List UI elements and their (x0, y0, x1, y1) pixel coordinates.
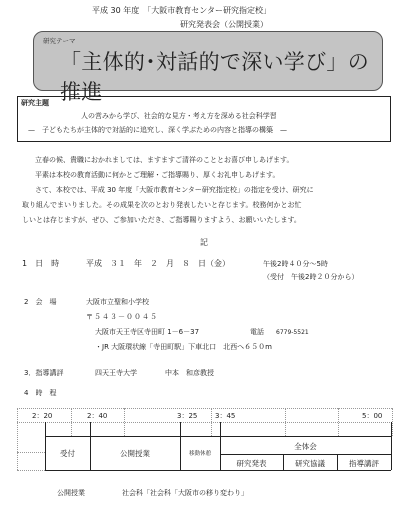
lecturer-label: 3．指導講評 (24, 369, 63, 378)
schedule-table: 2：20 2：40 3：25 3：45 5：00 受付 公開授業 移動休憩 全体… (17, 408, 392, 470)
time-5-00: 5：00 (362, 411, 382, 421)
greeting-line-1: 立春の候、貴職におかれましては、ますますご清祥のこととお喜び申しあげます。 (35, 156, 293, 165)
time-2-40: 2：40 (87, 411, 107, 421)
plenary-presentation: 研究発表 (220, 458, 283, 469)
date-label: 1 日 時 (22, 259, 59, 269)
time-3-25: 3：25 (177, 411, 197, 421)
plenary-discussion: 研究協議 (283, 458, 337, 469)
venue-label: 2 会 場 (24, 298, 56, 307)
venue-postal: 〒５４３－００４５ (86, 313, 158, 322)
venue-address: 大阪市天王寺区寺田町 1－6－37 (95, 328, 199, 337)
date-reception: （受付 午後2時２０分から） (263, 273, 358, 282)
schedule-label: 4 時 程 (24, 389, 56, 398)
footer-value: 社会科「社会科「大阪市の移り変わり」 (122, 489, 248, 498)
research-theme-box: 研究テーマ 「主体的･対話的で深い学び」の推進 (33, 31, 383, 91)
footer-label: 公開授業 (57, 489, 85, 498)
date-time: 午後2時４０分～5時 (263, 260, 328, 269)
subject-line-1: 人の営みから学び、社会的な見方・考え方を深める社会科学習 (81, 112, 277, 121)
header-line-1: 平成 30 年度 「大阪市教育センター研究指定校」 (92, 6, 271, 16)
subject-line-2: — 子どもたちが主体的で対話的に追究し、深く学ぶための内容と指導の構築 — (28, 126, 287, 135)
greeting-line-3: さて、本校では、平成 30 年度「大阪市教育センター研究指定校」の指定を受け、研… (35, 186, 314, 195)
plenary-review: 指導講評 (337, 458, 391, 469)
research-subject-box: 研究主題 人の営みから学び、社会的な見方・考え方を深める社会科学習 — 子どもた… (17, 96, 391, 142)
venue-phone-label: 電話 (250, 328, 264, 337)
lecturer-university: 四天王寺大学 (95, 369, 137, 378)
subject-label: 研究主題 (21, 99, 49, 108)
venue-access: ・JR 大阪環状線「寺田町駅」下車北口 北西へ６５０m (95, 343, 272, 352)
venue-phone: 6779-5521 (276, 328, 309, 337)
venue-name: 大阪市立聖和小学校 (86, 298, 149, 307)
date-value: 平成 ３１ 年 ２ 月 ８ 日（金） (86, 259, 230, 269)
theme-label: 研究テーマ (43, 36, 76, 45)
time-3-45: 3：45 (215, 411, 235, 421)
block-open-class: 公開授業 (90, 448, 180, 459)
lecturer-name: 中本 和彦教授 (165, 369, 214, 378)
header-line-2: 研究発表会（公開授業） (180, 20, 268, 30)
greeting-line-5: しいとは存じますが、ぜひ、ご参加いただき、ご指導賜りますよう、お願いいたします。 (22, 216, 301, 225)
time-2-20: 2：20 (32, 411, 52, 421)
ki-heading: 記 (200, 238, 208, 248)
greeting-line-4: 取り組んでまいりました。その成果を次のとおり発表したいと存じます。校務何かとお忙 (22, 201, 301, 210)
block-break: 移動休憩 (180, 449, 220, 457)
greeting-line-2: 平素は本校の教育活動に何かとご理解・ご指導賜り、厚くお礼申しあげます。 (35, 171, 279, 180)
block-reception: 受付 (45, 448, 90, 459)
block-plenary: 全体会 (220, 441, 391, 452)
